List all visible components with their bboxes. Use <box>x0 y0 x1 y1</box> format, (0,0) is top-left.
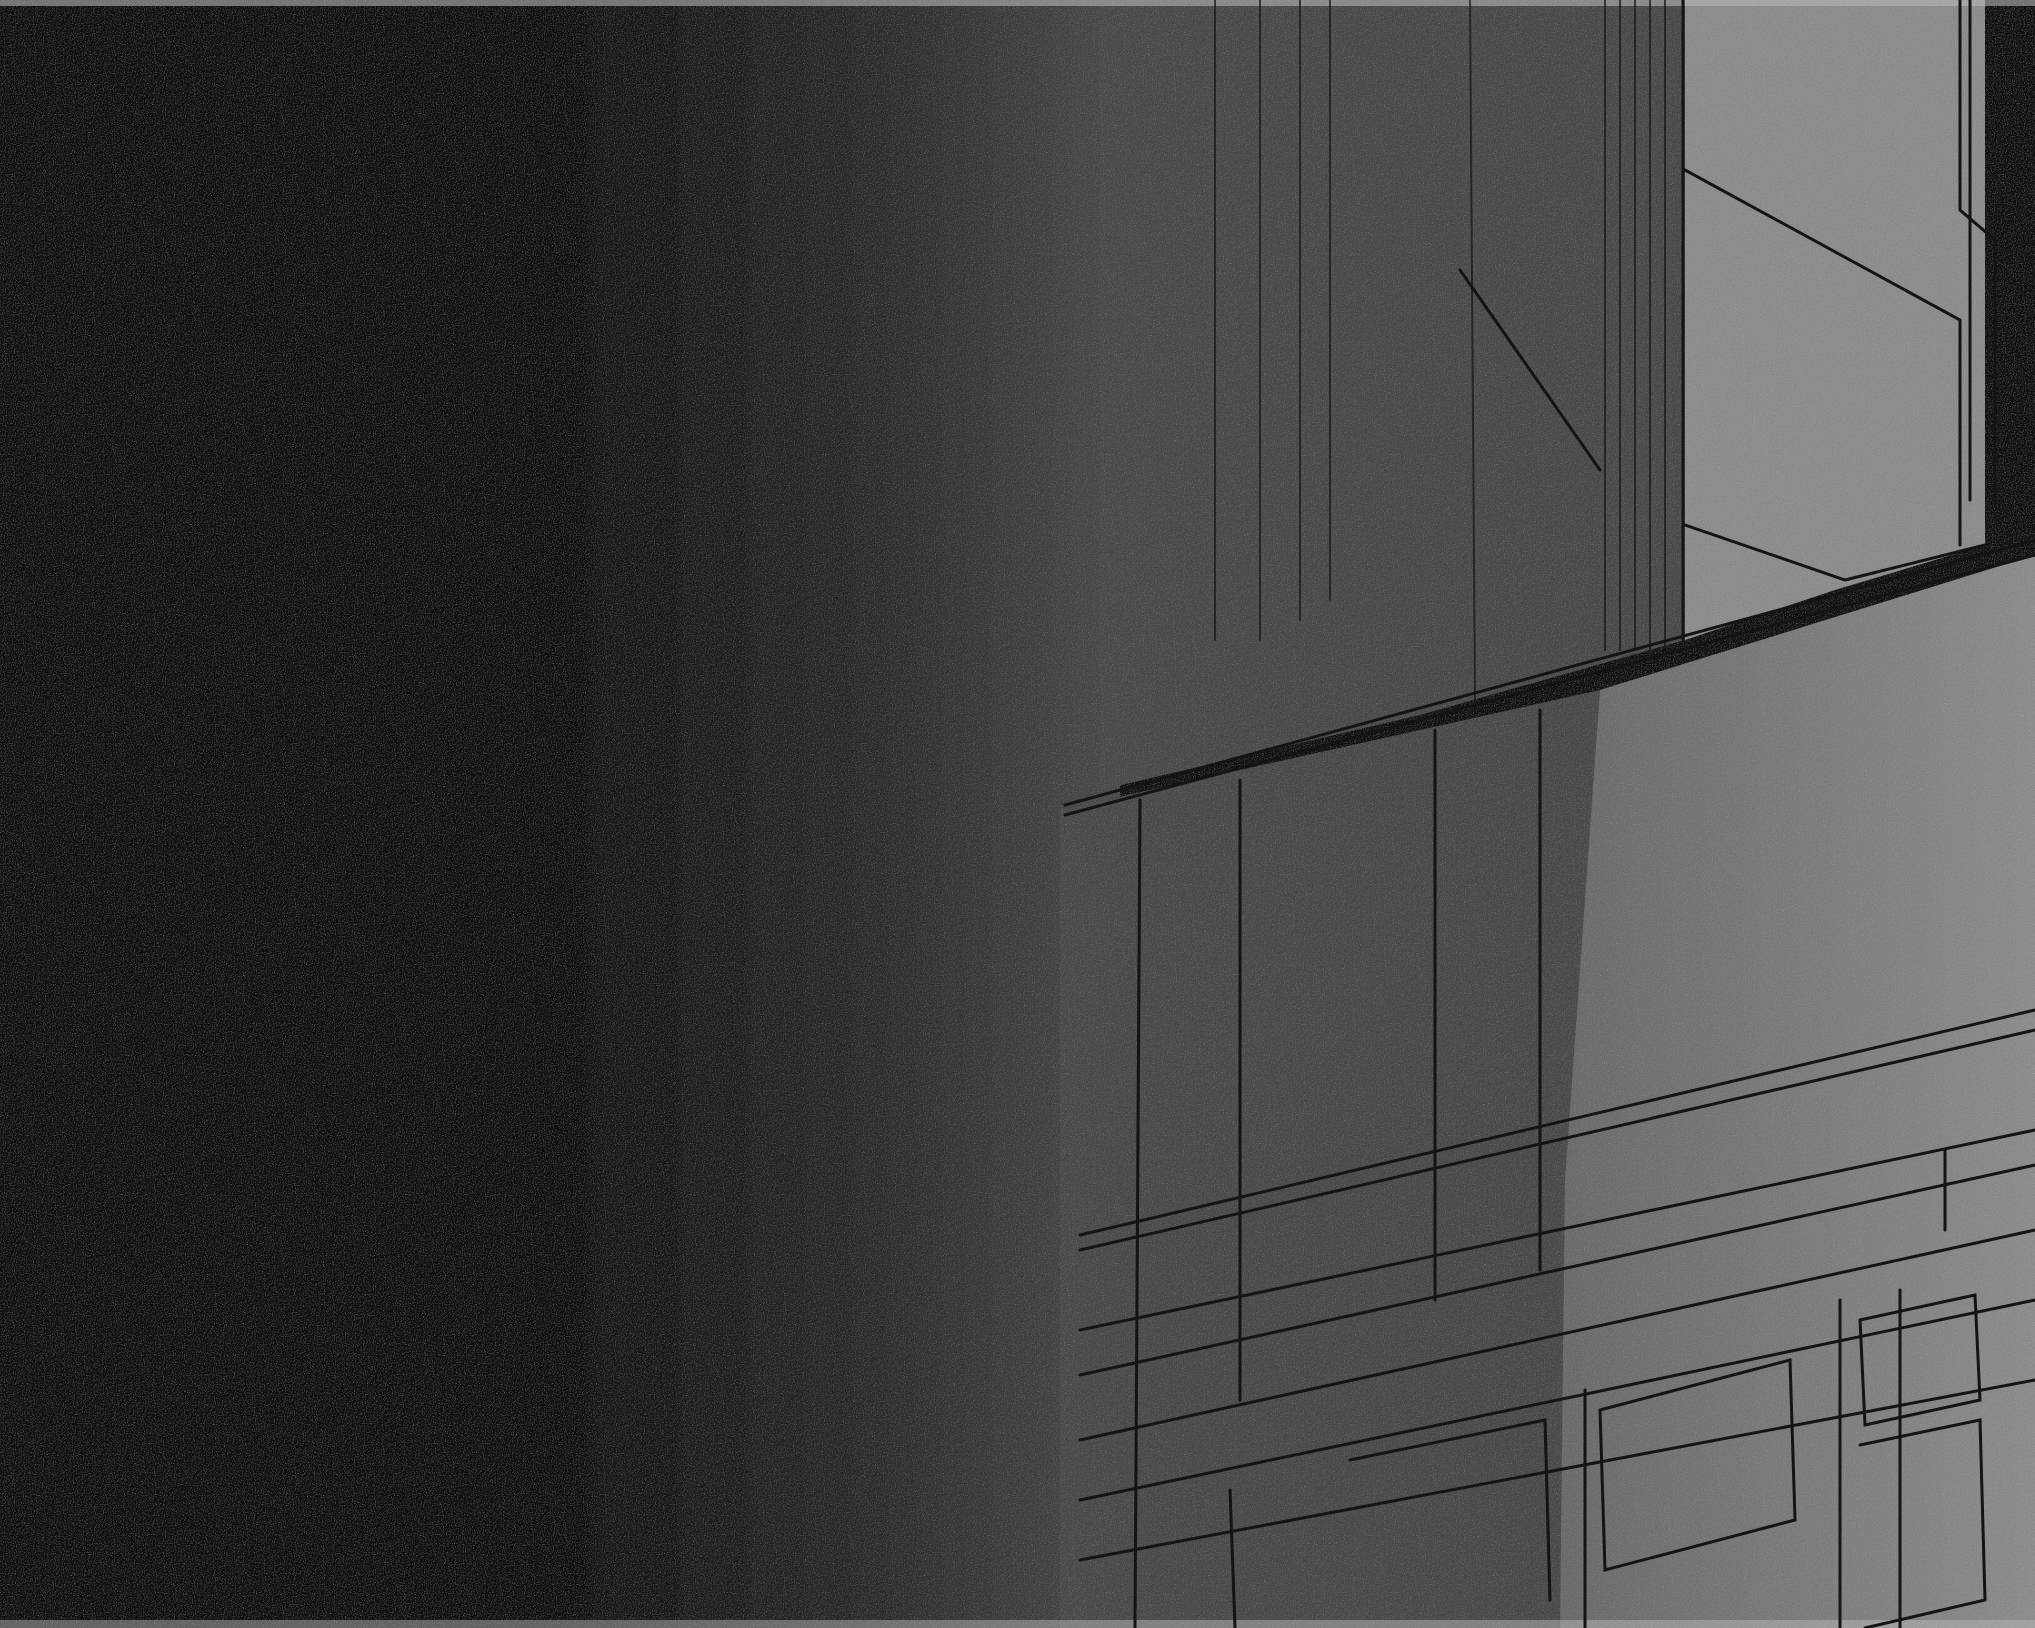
paper-bottom-edge <box>0 1620 2035 1628</box>
paper-top-edge <box>0 0 2035 6</box>
tone-layers <box>0 0 2035 1628</box>
upper-tower-lit-face <box>1685 0 1985 640</box>
middle-band-lit <box>1560 555 2035 1628</box>
etching-artwork <box>0 0 2035 1628</box>
vertical-hatch-zone <box>560 0 1120 1628</box>
